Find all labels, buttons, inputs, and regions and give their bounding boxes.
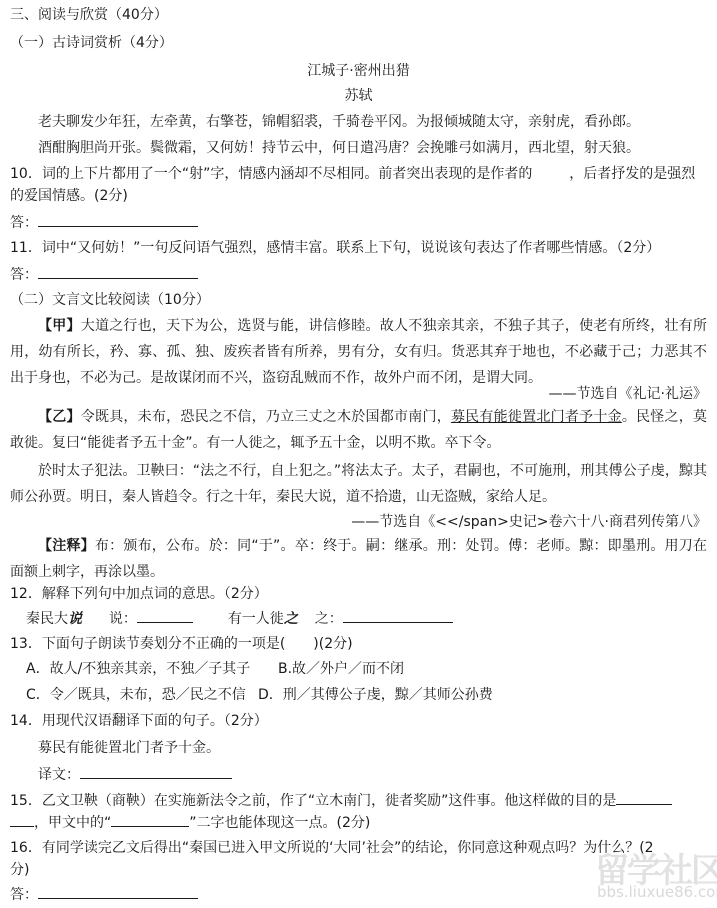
q14-answer: 译文： [38, 764, 707, 784]
q15-line-1: 15．乙文卫鞅（商鞅）在实施新法令之前，作了“立木南门，徙者奖励”这件事。他这样… [10, 790, 707, 810]
q10-answer-blank[interactable] [38, 212, 198, 227]
q13-option-d[interactable]: D．刑／其傅公子虔，黥／其师公孙费 [258, 687, 493, 703]
q12-item2-prefix: 有一人徙 [228, 611, 284, 627]
q13-options-row-2: C．令／既具，未布，恐／民之不信D．刑／其傅公子虔，黥／其师公孙费 [26, 685, 707, 705]
q12-item2-label: 之： [315, 611, 343, 627]
poem-line-1: 老夫聊发少年狂，左牵黄，右擎苍，锦帽貂裘，千骑卷平冈。为报倾城随太守，亲射虎，看… [38, 112, 707, 132]
q14-sentence: 募民有能徙置北门者予十金。 [38, 738, 707, 758]
q12-items: 秦民大说 说： 有一人徙之 之： [26, 608, 707, 628]
passage-yi-text-before: 令既具，未布，恐民之不信，乃立三丈之木於国都市南门， [81, 409, 451, 425]
q10-answer: 答： [10, 212, 707, 232]
q15-blank-1a[interactable] [616, 790, 672, 805]
passage-jia-source: ——节选自《礼记·礼运》 [549, 384, 707, 404]
section-title: 三、阅读与欣赏（40分） [10, 5, 707, 25]
q15-blank-1b[interactable] [10, 812, 34, 827]
q15-text-c: ”二字也能体现这一点。(2分) [189, 815, 370, 831]
q10-line-1: 10．词的上下片都用了一个“射”字，情感内涵却不尽相同。前者突出表现的是作者的 … [10, 164, 707, 184]
q12-text: 12．解释下列句中加点词的意思。（2分） [10, 584, 707, 604]
answer-label: 答： [10, 887, 38, 903]
q13-text: 13．下面句子朗读节奏划分不正确的一项是( )(2分) [10, 634, 707, 654]
q11-text: 11．词中“又何妨！”一句反问语气强烈，感情丰富。联系上下句，说说该句表达了作者… [10, 238, 707, 258]
q11-answer-blank[interactable] [38, 264, 198, 279]
part1-title: （一）古诗词赏析（4分） [10, 33, 707, 53]
passage-jia-text: 大道之行也，天下为公，选贤与能，讲信修睦。故人不独亲其亲，不独子其子，使老有所终… [10, 318, 707, 386]
q10-text-b: ，后者抒发的是强烈 [569, 166, 695, 182]
q12-item2-blank[interactable] [343, 608, 453, 623]
part2-title: （二）文言文比较阅读（10分） [10, 290, 707, 310]
answer-label: 答： [10, 215, 38, 231]
q13-options-row-1: A．故人/不独亲其亲，不独／子其子B.故／外户／而不闭 [26, 659, 707, 679]
passage-jia-label: 【甲】 [38, 318, 81, 334]
q12-item1-prefix: 秦民大 [26, 611, 68, 627]
q13-option-c[interactable]: C．令／既具，未布，恐／民之不信 [26, 685, 258, 705]
q15-line-2: ，甲文中的“”二字也能体现这一点。(2分) [10, 812, 707, 832]
q12-item2-dotted-word: 之 [284, 611, 298, 627]
poem-author: 苏轼 [0, 86, 717, 106]
q10-text-a: 10．词的上下片都用了一个“射”字，情感内涵却不尽相同。前者突出表现的是作者的 [10, 166, 532, 182]
notes-label: 【注释】 [38, 538, 95, 554]
poem-title: 江城子·密州出猎 [0, 61, 717, 81]
translation-label: 译文： [38, 767, 80, 783]
q10-line-2: 的爱国情感。(2分) [10, 186, 707, 206]
passage-jia: 【甲】大道之行也，天下为公，选贤与能，讲信修睦。故人不独亲其亲，不独子其子，使老… [10, 313, 707, 391]
q15-text-b: ，甲文中的“ [34, 815, 111, 831]
q11-answer: 答： [10, 264, 707, 284]
q14-text: 14．用现代汉语翻译下面的句子。（2分） [10, 711, 707, 731]
q16-line-2: 分) [10, 860, 707, 880]
notes-text: 布：颁布，公布。於：同“于”。卒：终于。嗣：继承。刑：处罚。傅：老师。黥：即墨刑… [10, 538, 707, 580]
poem-line-2: 酒酣胸胆尚开张。鬓微霜，又何妨！持节云中，何日遣冯唐？会挽雕弓如满月，西北望，射… [38, 138, 707, 158]
q15-blank-2[interactable] [111, 812, 189, 827]
answer-label: 答： [10, 267, 38, 283]
q13-option-b[interactable]: B.故／外户／而不闭 [278, 661, 404, 677]
passage-yi-para2: 於时太子犯法。卫鞅曰：“法之不行，自上犯之。”将法太子。太子，君嗣也，不可施刑，… [10, 458, 707, 510]
q16-line-1: 16．有同学读完乙文后得出“秦国已进入甲文所说的‘大同’社会”的结论，你同意这种… [10, 838, 707, 858]
notes: 【注释】布：颁布，公布。於：同“于”。卒：终于。嗣：继承。刑：处罚。傅：老师。黥… [10, 533, 707, 585]
q16-answer-blank[interactable] [38, 884, 198, 899]
q12-item1-label: 说： [109, 611, 137, 627]
q13-option-a[interactable]: A．故人/不独亲其亲，不独／子其子 [26, 659, 278, 679]
q15-text-a: 15．乙文卫鞅（商鞅）在实施新法令之前，作了“立木南门，徙者奖励”这件事。他这样… [10, 793, 616, 809]
q12-item1-blank[interactable] [137, 608, 193, 623]
q12-item1-dotted-word: 说 [68, 611, 82, 627]
passage-yi-source: ——节选自《<</span>史记>卷六十八·商君列传第八》 [351, 512, 707, 532]
q16-answer: 答： [10, 884, 707, 904]
passage-yi-label: 【乙】 [38, 409, 81, 425]
q14-answer-blank[interactable] [80, 764, 232, 779]
passage-yi-underlined: 募民有能徙置北门者予十金 [451, 409, 622, 425]
passage-yi-para1: 【乙】令既具，未布，恐民之不信，乃立三丈之木於国都市南门，募民有能徙置北门者予十… [10, 404, 707, 456]
